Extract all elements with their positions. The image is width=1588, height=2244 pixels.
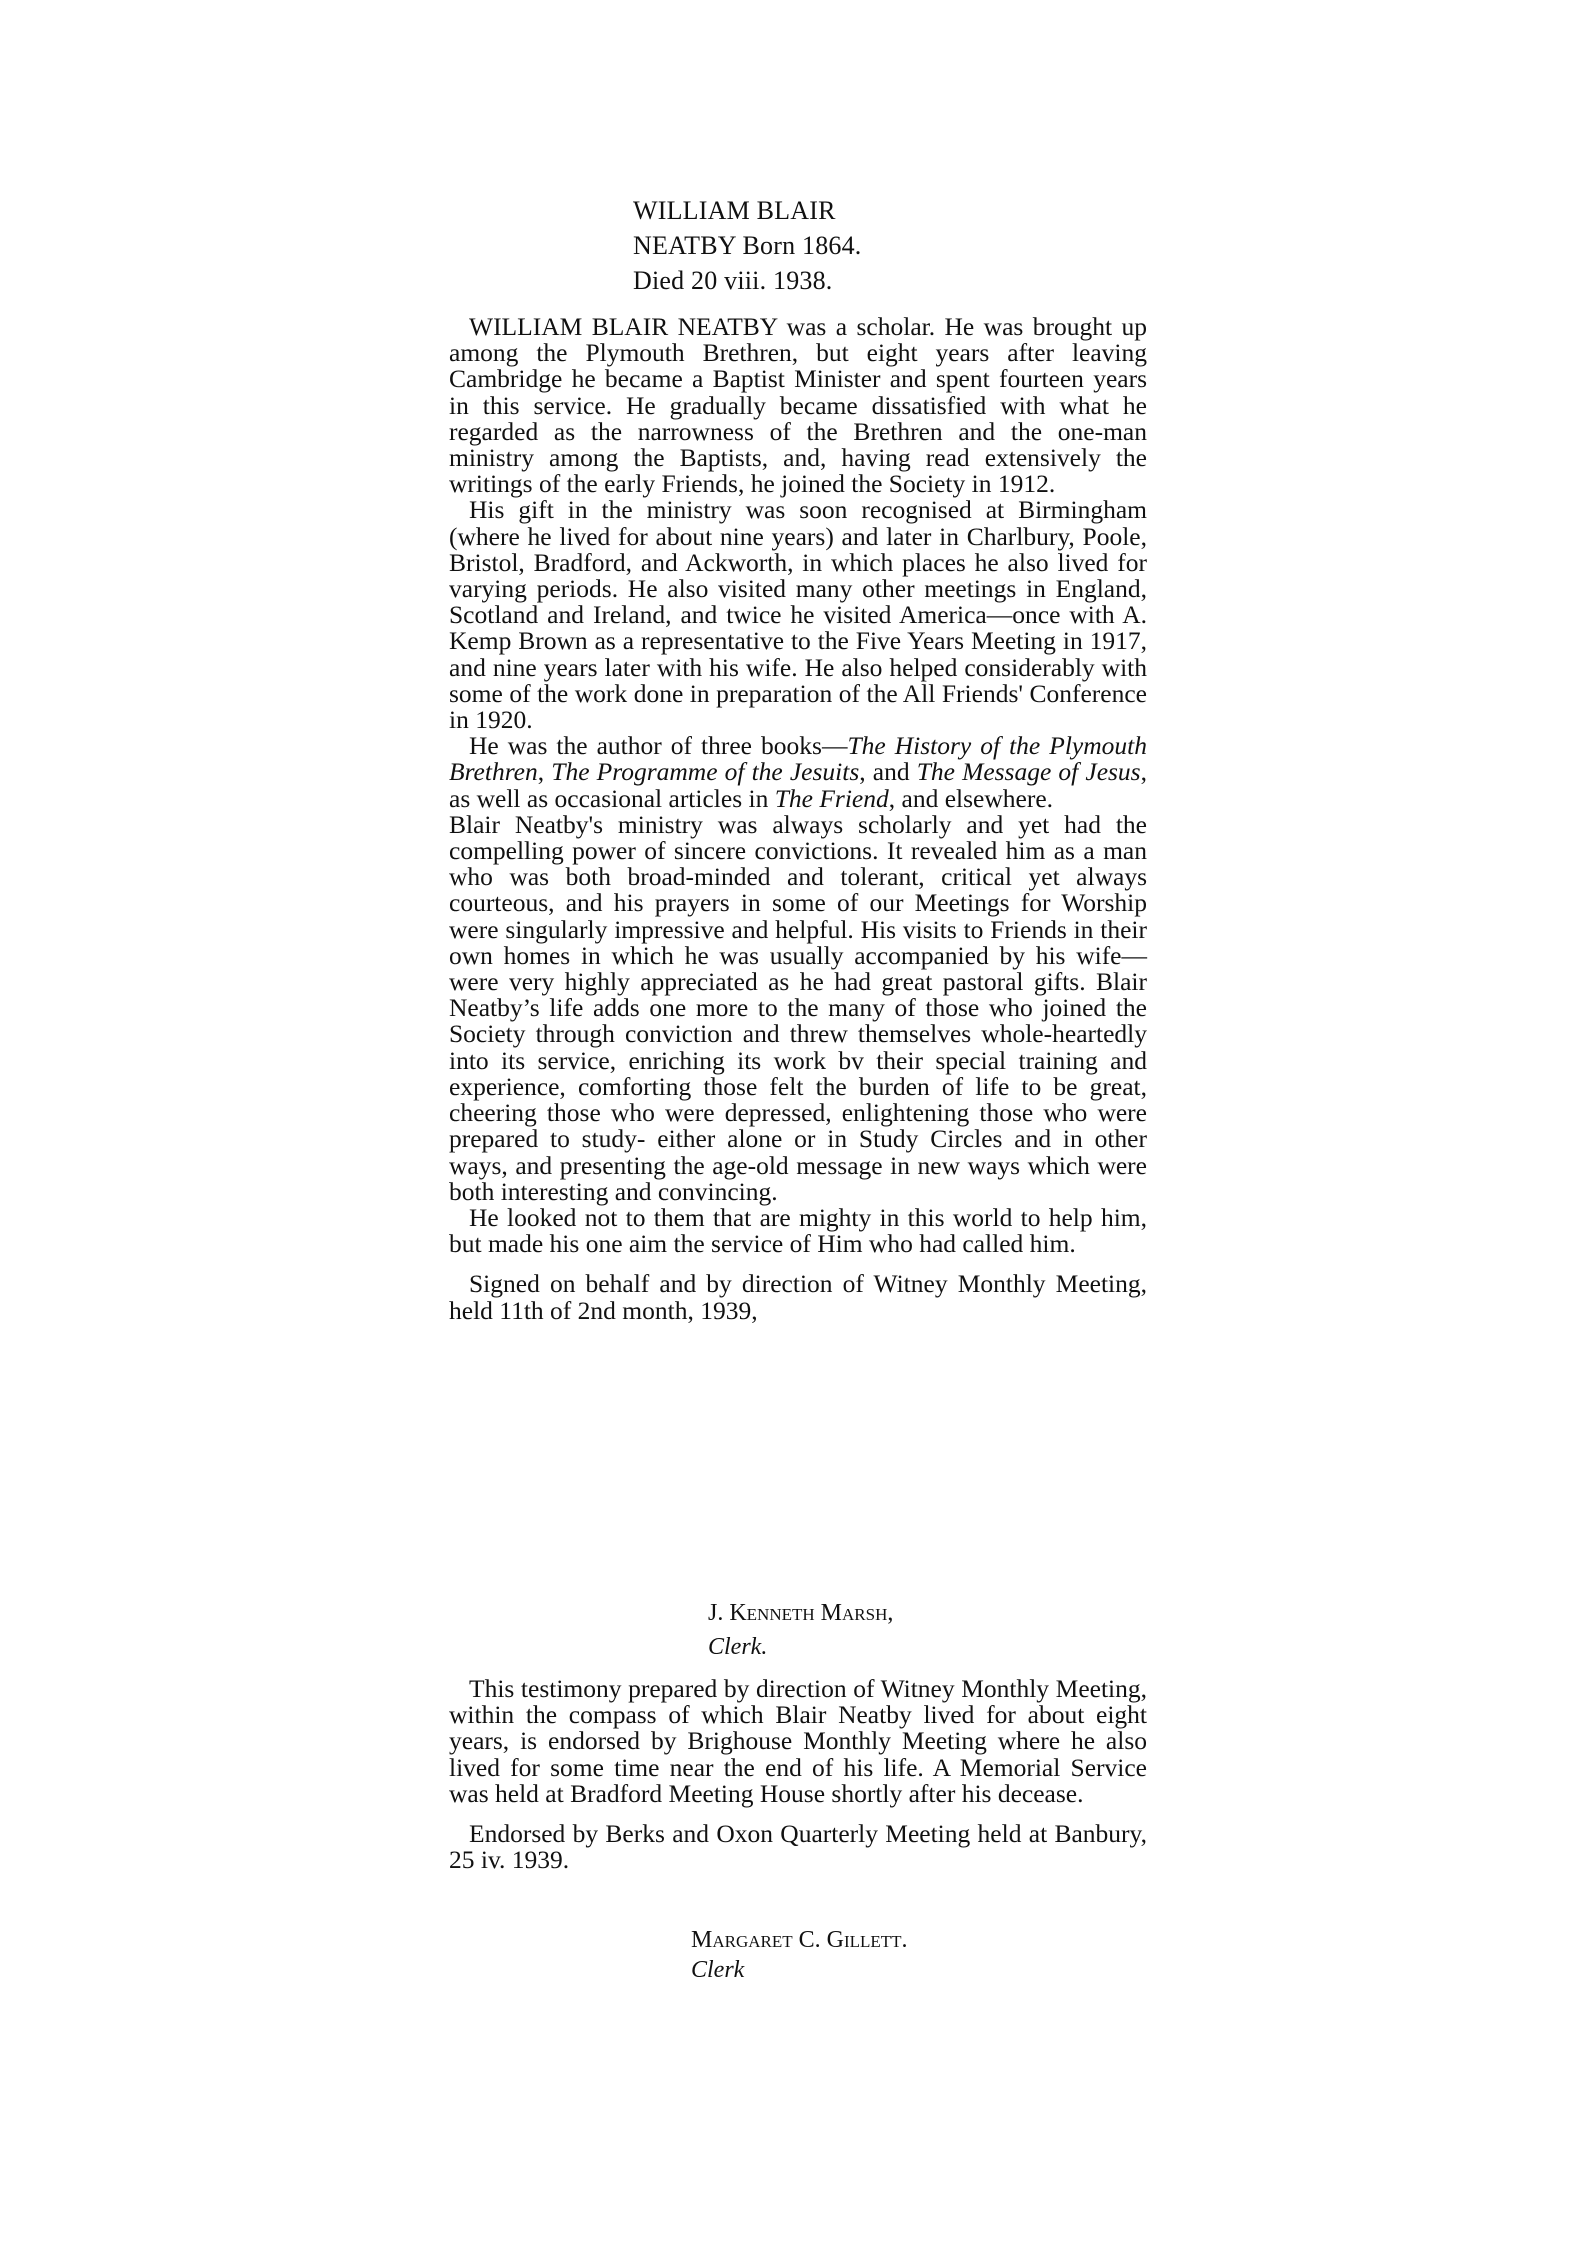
separator-text: , xyxy=(538,757,552,786)
book-title-message: The Message of Jesus xyxy=(917,757,1141,786)
signatory-title: Clerk. xyxy=(708,1631,893,1663)
heading-died-line: Died 20 viii. 1938. xyxy=(633,263,862,298)
books-intro-text: He was the author of three books— xyxy=(469,731,847,760)
closing-text: , and elsewhere. xyxy=(889,784,1053,813)
paragraph-ministry: His gift in the ministry was soon recogn… xyxy=(449,497,1147,733)
testimony-body: WILLIAM BLAIR NEATBY was a scholar. He w… xyxy=(449,314,1147,1324)
document-page: WILLIAM BLAIR NEATBY Born 1864. Died 20 … xyxy=(0,0,1588,2244)
signatory-title: Clerk xyxy=(691,1955,908,1985)
heading-born-line: NEATBY Born 1864. xyxy=(633,228,862,263)
testimony-heading: WILLIAM BLAIR NEATBY Born 1864. Died 20 … xyxy=(633,193,862,298)
signature-second: Margaret C. Gillett. Clerk xyxy=(691,1925,908,1985)
periodical-title: The Friend xyxy=(775,784,889,813)
heading-name-line: WILLIAM BLAIR xyxy=(633,193,862,228)
signatory-name: J. Kenneth Marsh, xyxy=(708,1597,893,1629)
endorsement-body: This testimony prepared by direction of … xyxy=(449,1676,1147,1873)
signatory-name: Margaret C. Gillett. xyxy=(691,1925,908,1955)
paragraph-character: Blair Neatby's ministry was always schol… xyxy=(449,812,1147,1205)
book-title-jesuits: The Programme of the Jesuits xyxy=(551,757,859,786)
paragraph-endorsement: This testimony prepared by direction of … xyxy=(449,1676,1147,1807)
paragraph-signed: Signed on behalf and by direction of Wit… xyxy=(449,1271,1147,1323)
paragraph-quarterly-endorsement: Endorsed by Berks and Oxon Quarterly Mee… xyxy=(449,1821,1147,1873)
paragraph-books: He was the author of three books—The His… xyxy=(449,733,1147,812)
paragraph-introduction: WILLIAM BLAIR NEATBY was a scholar. He w… xyxy=(449,314,1147,497)
paragraph-aim: He looked not to them that are mighty in… xyxy=(449,1205,1147,1257)
signature-first: J. Kenneth Marsh, Clerk. xyxy=(708,1597,893,1663)
separator-text: , and xyxy=(859,757,916,786)
